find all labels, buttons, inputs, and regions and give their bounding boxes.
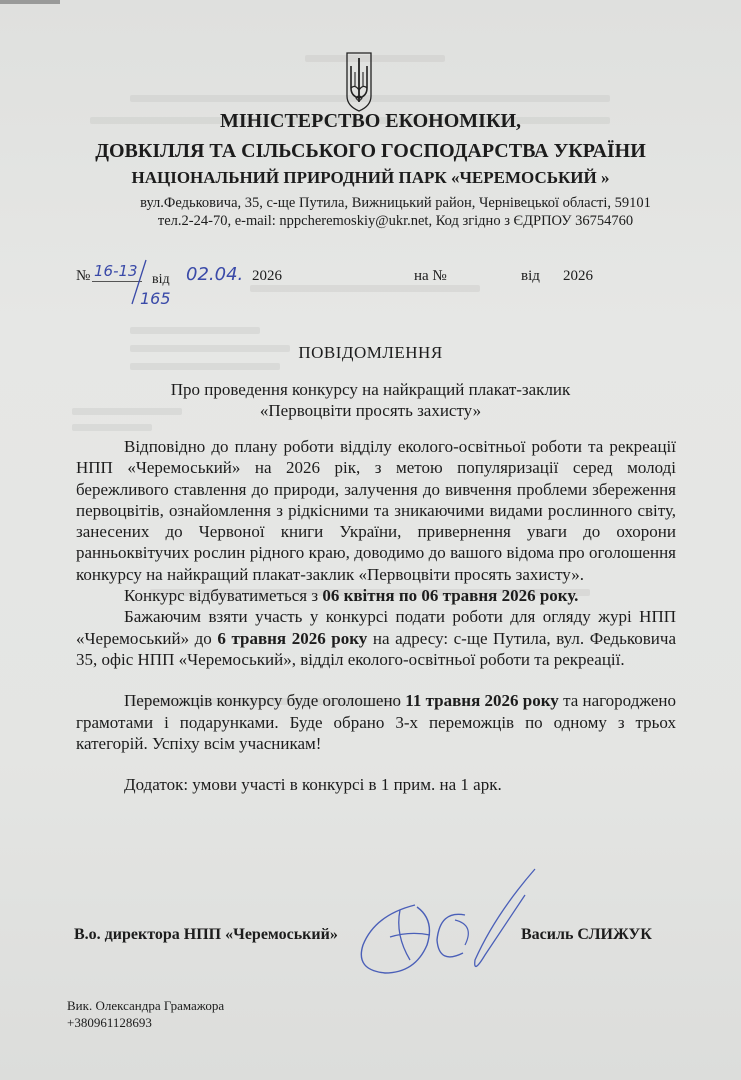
paragraph-attachment: Додаток: умови участі в конкурсі в 1 при… — [76, 774, 676, 795]
paragraph-winners: Переможців конкурсу буде оголошено 11 тр… — [76, 690, 676, 754]
signatory-position: В.о. директора НПП «Черемоський» — [74, 926, 338, 944]
bleed-through-text — [250, 285, 480, 292]
handwritten-signature — [355, 865, 545, 980]
subject-line-1: Про проведення конкурсу на найкращий пла… — [0, 380, 741, 400]
bleed-through-text — [305, 55, 445, 62]
ukraine-trident-icon — [346, 52, 372, 112]
executor-name: Вик. Олександра Грамажора — [67, 998, 224, 1014]
park-name: НАЦІОНАЛЬНИЙ ПРИРОДНИЙ ПАРК «ЧЕРЕМОСЬКИЙ… — [0, 168, 741, 188]
reply-year: 2026 — [563, 268, 593, 285]
photo-edge-shadow — [0, 0, 60, 4]
ministry-name-line2: ДОВКІЛЛЯ ТА СІЛЬСЬКОГО ГОСПОДАРСТВА УКРА… — [0, 140, 741, 163]
address: вул.Федьковича, 35, с-ще Путила, Вижниць… — [0, 195, 741, 212]
paragraph-intro: Відповідно до плану роботи відділу еколо… — [76, 436, 676, 585]
registration-year: 2026 — [252, 268, 282, 285]
paragraph-dates: Конкурс відбуватиметься з 06 квітня по 0… — [76, 585, 676, 606]
executor-phone: +380961128693 — [67, 1015, 152, 1031]
subject-line-2: «Первоцвіти просять захисту» — [0, 401, 741, 421]
reply-from-label: від — [521, 268, 540, 285]
registration-date-handwritten: 02.04. — [186, 264, 243, 285]
document-title: ПОВІДОМЛЕННЯ — [0, 343, 741, 363]
registration-no-label: № — [76, 268, 90, 285]
ministry-name-line1: МІНІСТЕРСТВО ЕКОНОМІКИ, — [0, 110, 741, 133]
registration-from-label: від — [152, 272, 170, 288]
bleed-through-text — [130, 327, 260, 334]
signatory-name: Василь СЛИЖУК — [521, 926, 652, 944]
registration-number-handwritten-bottom: 165 — [140, 289, 171, 308]
contacts: тел.2-24-70, e-mail: nppcheremoskiy@ukr.… — [0, 213, 741, 230]
letter-body: Відповідно до плану роботи відділу еколо… — [76, 436, 676, 795]
reply-no-label: на № — [414, 268, 447, 285]
paragraph-submission: Бажаючим взяти участь у конкурсі подати … — [76, 606, 676, 670]
document-page: МІНІСТЕРСТВО ЕКОНОМІКИ, ДОВКІЛЛЯ ТА СІЛЬ… — [0, 0, 741, 1080]
bleed-through-text — [72, 424, 152, 431]
bleed-through-text — [130, 363, 280, 370]
